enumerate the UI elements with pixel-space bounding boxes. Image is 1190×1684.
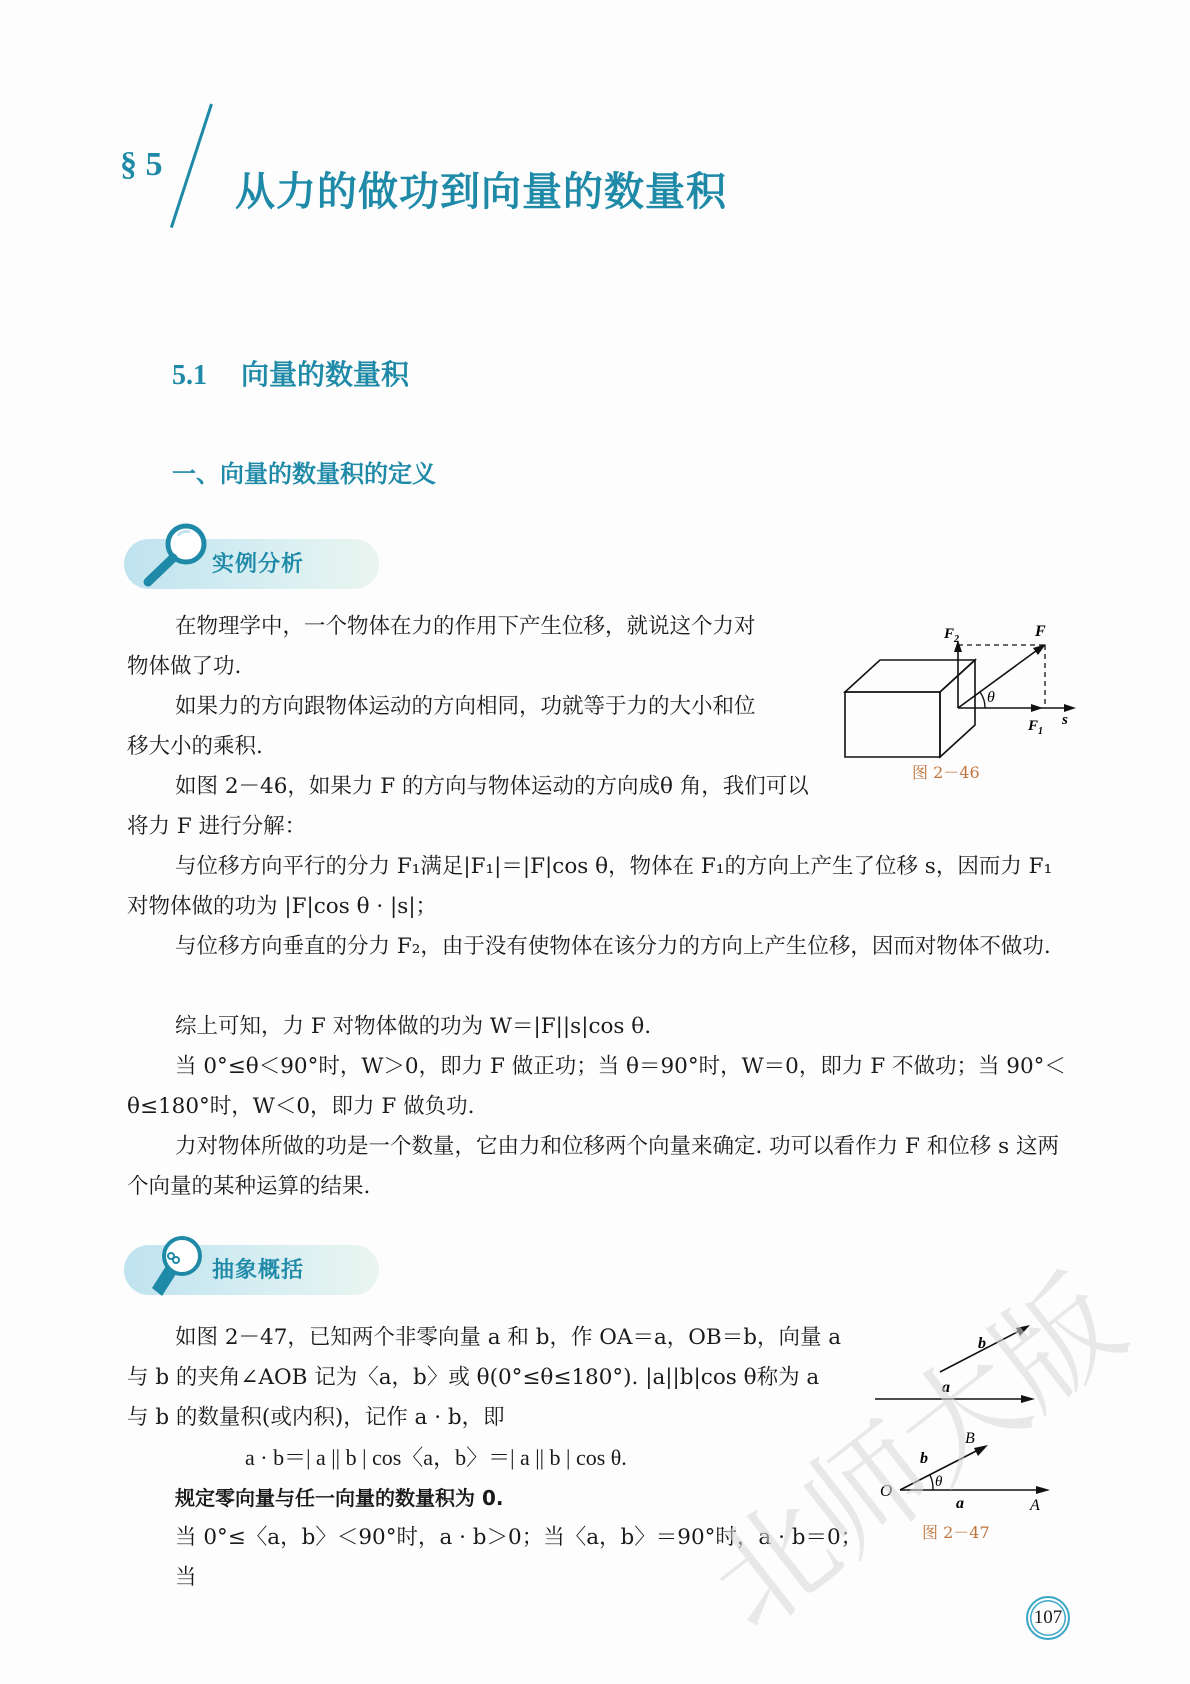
page-number: 107: [1026, 1596, 1070, 1640]
para-5: 与位移方向垂直的分力 F₂，由于没有使物体在该分力的方向上产生位移，因而对物体不…: [127, 927, 1072, 967]
para-2: 如果力的方向跟物体运动的方向相同，功就等于力的大小和位 移大小的乘积.: [127, 687, 827, 767]
example-analysis-label: 实例分析: [212, 547, 304, 578]
abstraction-box: 抽象概括: [124, 1242, 384, 1298]
chapter-title: 从力的做功到向量的数量积: [235, 160, 727, 217]
section-heading: 一、向量的数量积的定义: [172, 454, 436, 489]
subsection-title: 5.1向量的数量积: [172, 353, 409, 393]
svg-text:F1: F1: [1027, 718, 1043, 737]
section-mark: § 5: [120, 146, 163, 184]
svg-text:F2: F2: [943, 626, 959, 645]
para-3: 如图 2－46，如果力 F 的方向与物体运动的方向成θ 角，我们可以将力 F 进…: [127, 767, 827, 847]
para-7: 当 0°≤θ＜90°时，W＞0，即力 F 做正功；当 θ＝90°时，W＝0，即力…: [127, 1047, 1072, 1127]
figure-2-46: θ F2 F F1 s 图 2－46: [830, 610, 1090, 785]
theta-label: θ: [987, 689, 995, 706]
subsection-title-text: 向量的数量积: [241, 358, 409, 391]
svg-text:F: F: [1034, 623, 1046, 640]
subsection-number: 5.1: [172, 360, 207, 391]
para-9: 如图 2－47，已知两个非零向量 a 和 b，作 OA＝a，OB＝b，向量 a …: [127, 1318, 847, 1438]
magnifier-icon: [138, 520, 218, 590]
para-1: 在物理学中，一个物体在力的作用下产生位移，就说这个力对 物体做了功.: [127, 607, 827, 687]
abstraction-label: 抽象概括: [212, 1253, 304, 1284]
svg-text:s: s: [1061, 712, 1068, 728]
force-decomposition-diagram: θ F2 F F1 s: [830, 610, 1090, 760]
para-6: 综上可知，力 F 对物体做的功为 W＝|F||s|cos θ.: [127, 1007, 1072, 1047]
title-slash-divider: [170, 104, 213, 229]
para-8: 力对物体所做的功是一个数量，它由力和位移两个向量来确定. 功可以看作力 F 和位…: [127, 1127, 1072, 1207]
svg-text:A: A: [1029, 1497, 1040, 1514]
example-analysis-box: 实例分析: [124, 536, 384, 592]
para-4: 与位移方向平行的分力 F₁满足|F₁|＝|F|cos θ，物体在 F₁的方向上产…: [127, 847, 1072, 927]
figure-2-46-caption: 图 2－46: [912, 760, 980, 783]
lightbulb-icon: [138, 1230, 218, 1302]
